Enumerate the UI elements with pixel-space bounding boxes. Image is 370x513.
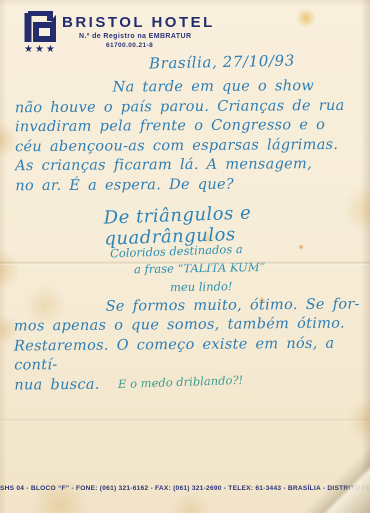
aside-line: meu lindo!	[170, 274, 370, 294]
paragraph1-line: céu abençoou-as com esparsas lágrimas.	[15, 136, 360, 158]
paragraph1-line: As crianças ficaram lá. A mensagem,	[15, 155, 360, 177]
registration-number: 61700.00.21-8	[106, 42, 153, 49]
hotel-logo-monogram	[20, 11, 60, 44]
scanned-letter-page: ★★★ BRISTOL HOTEL N.º de Registro na EMB…	[0, 0, 370, 513]
hotel-name: BRISTOL HOTEL	[62, 14, 215, 31]
paragraph1-line: invadiram pela frente o Congresso e o	[15, 116, 360, 138]
aside-line: a frase “TALITA KUM”	[134, 256, 370, 276]
corner-fold	[290, 443, 370, 513]
paragraph1-line: não houve o país parou. Crianças de rua	[15, 96, 360, 118]
hotel-stars: ★★★	[24, 44, 57, 55]
paragraph1-line: no ar. É a espera. De que?	[15, 175, 360, 197]
paragraph2-line: Restaremos. O começo existe em nós, a co…	[14, 334, 362, 376]
paper-crease	[0, 418, 370, 422]
registration-label: N.º de Registro na EMBRATUR	[79, 33, 191, 40]
handwritten-date: Brasília, 27/10/93	[149, 51, 295, 72]
paragraph1-line: Na tarde em que o show	[15, 77, 360, 99]
paper-crease	[0, 261, 370, 265]
handwritten-paragraph-1: Na tarde em que o show não houve o país …	[15, 77, 361, 197]
